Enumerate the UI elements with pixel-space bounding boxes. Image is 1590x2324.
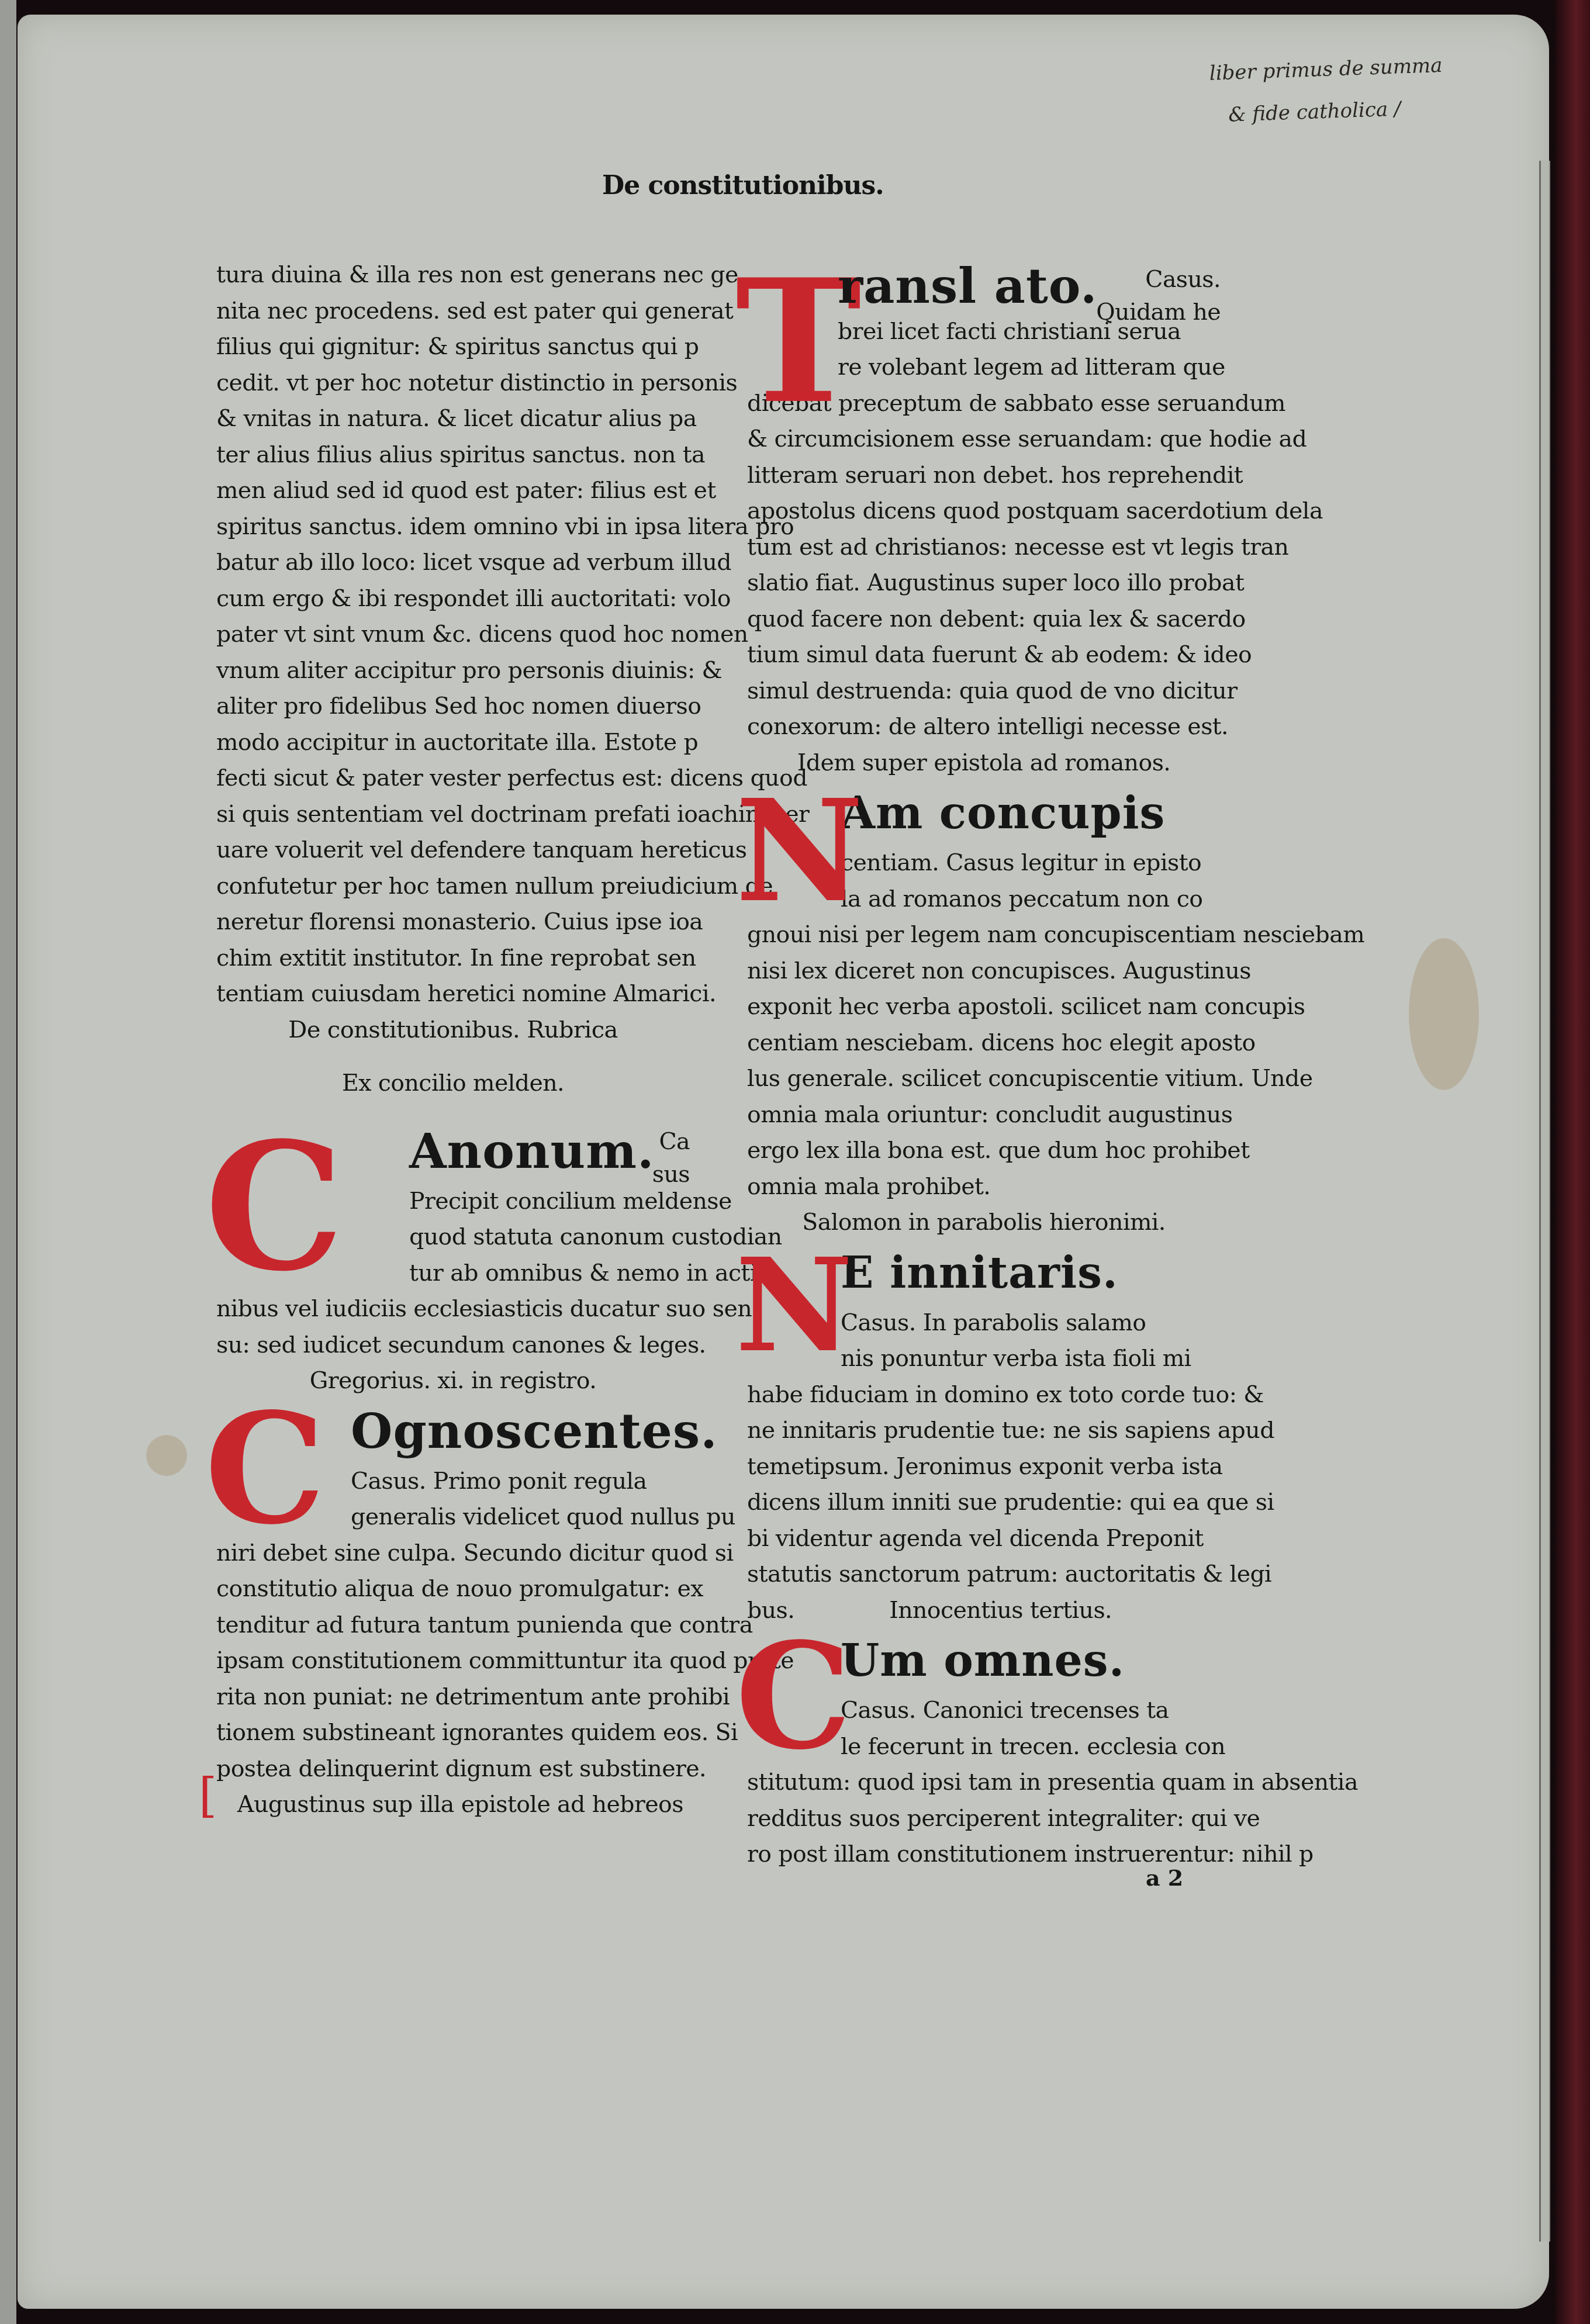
source-line: [ Augustinus sup illa epistole ad hebreo… (216, 1787, 690, 1823)
text-line: dicens illum inniti sue prudentie: qui e… (747, 1485, 1221, 1521)
text-line: tium simul data fuerunt & ab eodem: & id… (747, 637, 1221, 673)
text-line: cedit. vt per hoc notetur distinctio in … (216, 365, 690, 402)
text-line: Precipit concilium meldense (409, 1184, 690, 1220)
headword: Ognoscentes. (351, 1399, 718, 1464)
adjacent-page-edge (0, 0, 16, 2324)
text-line: tura diuina & illa res non est generans … (216, 257, 690, 293)
text-line: Casus. In parabolis salamo (841, 1305, 1221, 1341)
text-line: tenditur ad futura tantum punienda que c… (216, 1607, 690, 1644)
text-line: tionem substineant ignorantes quidem eos… (216, 1715, 690, 1751)
text-line: tentiam cuiusdam heretici nomine Almaric… (216, 976, 690, 1012)
text-line: simul destruenda: quia quod de vno dicit… (747, 673, 1221, 710)
section-nam-concupiscentiam: N Am concupis centiam. Casus legitur in … (747, 781, 1221, 1241)
rubricated-initial: N (735, 781, 863, 921)
text-line: uare voluerit vel defendere tanquam here… (216, 832, 690, 869)
text-line: nita nec procedens. sed est pater qui ge… (216, 293, 690, 330)
rubricated-initial: N (735, 1241, 853, 1369)
foxing-stain (1409, 938, 1479, 1090)
text-line: centiam. Casus legitur in episto (841, 845, 1221, 881)
text-line: ne innitaris prudentie tue: ne sis sapie… (747, 1413, 1221, 1449)
text-line: cum ergo & ibi respondet illi auctoritat… (216, 581, 690, 617)
text-line: su: sed iudicet secundum canones & leges… (216, 1327, 690, 1364)
text-line: la ad romanos peccatum non co (841, 881, 1221, 918)
text-line: ipsam constitutionem committuntur ita qu… (216, 1643, 690, 1679)
casus-label-top: Ca (659, 1128, 690, 1155)
text-line: omnia mala oriuntur: concludit augustinu… (747, 1097, 1221, 1133)
section-ne-innitaris: N E innitaris. Casus. In parabolis salam… (747, 1241, 1221, 1629)
section-canonum: C Anonum. Ca sus Precipit concilium meld… (216, 1119, 690, 1399)
rubricated-initial: C (735, 1623, 851, 1769)
text-line: nisi lex diceret non concupisces. August… (747, 953, 1221, 990)
foxing-stain (146, 1435, 187, 1476)
text-line: centiam nesciebam. dicens hoc elegit apo… (747, 1025, 1221, 1061)
text-line: re volebant legem ad litteram que (838, 350, 1221, 386)
text-line: men aliud sed id quod est pater: filius … (216, 473, 690, 509)
text-line: si quis sententiam vel doctrinam prefati… (216, 797, 690, 833)
text-line: temetipsum. Jeronimus exponit verba ista (747, 1449, 1221, 1485)
text-line: exponit hec verba apostoli. scilicet nam… (747, 989, 1221, 1025)
text-line: fecti sicut & pater vester perfectus est… (216, 760, 690, 797)
text-line: spiritus sanctus. idem omnino vbi in ips… (216, 509, 690, 545)
text-line: le fecerunt in trecen. ecclesia con (841, 1729, 1221, 1765)
text-line: chim extitit institutor. In fine reproba… (216, 940, 690, 977)
right-column: T ransl ato. Casus. Quidam he brei licet… (747, 263, 1221, 1873)
text-line: generalis videlicet quod nullus pu (351, 1499, 690, 1535)
paragraph-mark-icon: [ (199, 1777, 217, 1814)
text-line: habe fiduciam in domino ex toto corde tu… (747, 1377, 1221, 1413)
casus-label-bottom: sus (652, 1161, 690, 1188)
text-line: statutis sanctorum patrum: auctoritatis … (747, 1557, 1221, 1593)
text-line: constitutio aliqua de nouo promulgatur: … (216, 1571, 690, 1607)
casus-label-text: Casus. (1145, 266, 1221, 293)
text-line: Quidam he (1096, 299, 1221, 326)
opening-text: tura diuina & illa res non est generans … (216, 257, 690, 1012)
text-line: confutetur per hoc tamen nullum preiudic… (216, 869, 690, 905)
left-column: tura diuina & illa res non est generans … (216, 257, 690, 1823)
text-line: slatio fiat. Augustinus super loco illo … (747, 565, 1221, 601)
text-line: Casus. Primo ponit regula (351, 1464, 690, 1500)
text-line: batur ab illo loco: licet vsque ad verbu… (216, 545, 690, 581)
page-fore-edge (1539, 161, 1550, 2242)
text-line: conexorum: de altero intelligi necesse e… (747, 709, 1221, 745)
text-line: rita non puniat: ne detrimentum ante pro… (216, 1679, 690, 1716)
rubricated-initial: C (205, 1393, 325, 1545)
text-line: ergo lex illa bona est. que dum hoc proh… (747, 1133, 1221, 1169)
casus-label: Casus. Quidam he (1096, 263, 1221, 328)
headword: Anonum. (409, 1119, 654, 1184)
text-line: & vnitas in natura. & licet dicatur aliu… (216, 401, 690, 437)
text-line: filius qui gignitur: & spiritus sanctus … (216, 329, 690, 365)
text-line: omnia mala prohibet. (747, 1169, 1221, 1205)
source-text: Augustinus sup illa epistole ad hebreos (237, 1791, 683, 1818)
text-line: pater vt sint vnum &c. dicens quod hoc n… (216, 617, 690, 653)
running-head: De constitutionibus. (602, 171, 884, 200)
text-line: quod statuta canonum custodian (409, 1219, 690, 1256)
text-line: ter alius filius alius spiritus sanctus.… (216, 437, 690, 473)
text-line: tur ab omnibus & nemo in actio (409, 1256, 690, 1292)
section-translato: T ransl ato. Casus. Quidam he brei licet… (747, 263, 1221, 781)
text-line: Casus. Canonici trecenses ta (841, 1693, 1221, 1729)
headword: ransl ato. (838, 263, 1098, 310)
text-line: apostolus dicens quod postquam sacerdoti… (747, 493, 1221, 530)
text-line: lus generale. scilicet concupiscentie vi… (747, 1061, 1221, 1097)
text-line: aliter pro fidelibus Sed hoc nomen diuer… (216, 689, 690, 725)
section-cum-omnes: C Um omnes. Casus. Canonici trecenses ta… (747, 1628, 1221, 1873)
text-line: vnum aliter accipitur pro personis diuin… (216, 653, 690, 689)
section-cognoscentes: C Ognoscentes. Casus. Primo ponit regula… (216, 1399, 690, 1823)
signature-mark: a 2 (1146, 1865, 1183, 1891)
text-line: nis ponuntur verba ista fioli mi (841, 1341, 1221, 1377)
text-line: neretur florensi monasterio. Cuius ipse … (216, 904, 690, 940)
source-line: Ex concilio melden. (216, 1066, 690, 1102)
text-line: litteram seruari non debet. hos reprehen… (747, 458, 1221, 494)
text-line: quod facere non debent: quia lex & sacer… (747, 601, 1221, 638)
rubric-title: De constitutionibus. Rubrica (216, 1012, 690, 1049)
casus-label: Ca sus (652, 1125, 690, 1191)
text-line: redditus suos perciperent integraliter: … (747, 1801, 1221, 1837)
headword: Um omnes. (841, 1628, 1125, 1693)
headword: E innitaris. (841, 1241, 1118, 1305)
headword: Am concupis (841, 781, 1165, 845)
text-line: modo accipitur in auctoritate illa. Esto… (216, 725, 690, 761)
text-line: bi videntur agenda vel dicenda Preponit (747, 1521, 1221, 1557)
red-binding-cloth (1555, 0, 1590, 2324)
text-line: postea delinquerint dignum est substiner… (216, 1751, 690, 1787)
text-line: tum est ad christianos: necesse est vt l… (747, 530, 1221, 566)
handwritten-annotation: liber primus de summa & fide catholica / (1209, 41, 1539, 136)
